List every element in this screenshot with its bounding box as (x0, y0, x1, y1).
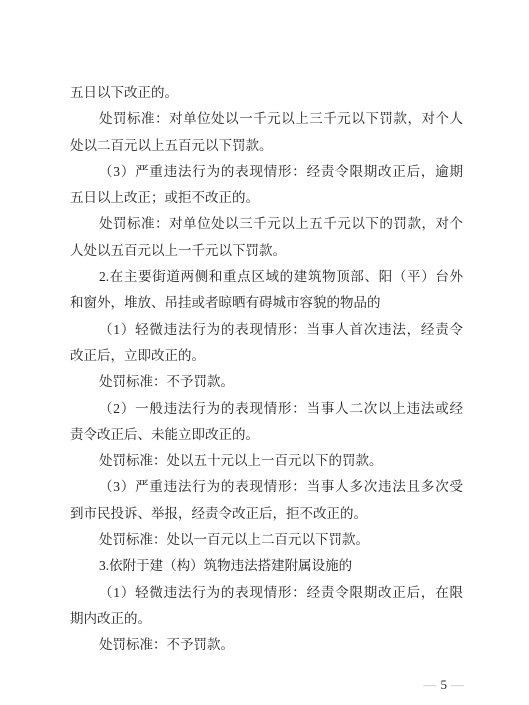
text-line: （1）轻微违法行为的表现情形：经责令限期改正后，在限 (70, 580, 463, 606)
document-page: 五日以下改正的。处罚标准：对单位处以一千元以上三千元以下罚款，对个人处以二百元以… (0, 0, 529, 705)
text-line: 处罚标准：不予罚款。 (70, 632, 463, 658)
text-line: 处以二百元以上五百元以下罚款。 (70, 133, 463, 159)
document-body: 五日以下改正的。处罚标准：对单位处以一千元以上三千元以下罚款，对个人处以二百元以… (70, 80, 463, 659)
text-line: 五日以下改正的。 (70, 80, 463, 106)
text-line: 处罚标准：处以一百元以上二百元以下罚款。 (70, 527, 463, 553)
text-line: 2.在主要街道两侧和重点区域的建筑物顶部、阳（平）台外 (70, 264, 463, 290)
text-line: 处罚标准：对单位处以一千元以上三千元以下罚款，对个人 (70, 106, 463, 132)
page-number: 5 (438, 677, 452, 692)
text-line: 五日以上改正；或拒不改正的。 (70, 185, 463, 211)
text-line: 到市民投诉、举报，经责令改正后，拒不改正的。 (70, 501, 463, 527)
text-line: （3）严重违法行为的表现情形：当事人多次违法且多次受 (70, 474, 463, 500)
text-line: 处罚标准：处以五十元以上一百元以下的罚款。 (70, 448, 463, 474)
text-line: 期内改正的。 (70, 606, 463, 632)
text-line: 处罚标准：对单位处以三千元以上五千元以下的罚款，对个 (70, 211, 463, 237)
footer-left-dash: — (424, 677, 438, 692)
text-line: （3）严重违法行为的表现情形：经责令限期改正后，逾期 (70, 159, 463, 185)
text-line: 改正后，立即改正的。 (70, 343, 463, 369)
text-line: 处罚标准：不予罚款。 (70, 369, 463, 395)
text-line: 和窗外，堆放、吊挂或者晾晒有碍城市容貌的物品的 (70, 290, 463, 316)
text-line: （1）轻微违法行为的表现情形：当事人首次违法，经责令 (70, 317, 463, 343)
text-line: 3.依附于建（构）筑物违法搭建附属设施的 (70, 553, 463, 579)
text-line: 责令改正后、未能立即改正的。 (70, 422, 463, 448)
page-footer: —5— (424, 677, 466, 692)
text-line: 人处以五百元以上一千元以下罚款。 (70, 238, 463, 264)
text-line: （2）一般违法行为的表现情形：当事人二次以上违法或经 (70, 396, 463, 422)
footer-right-dash: — (451, 677, 465, 692)
